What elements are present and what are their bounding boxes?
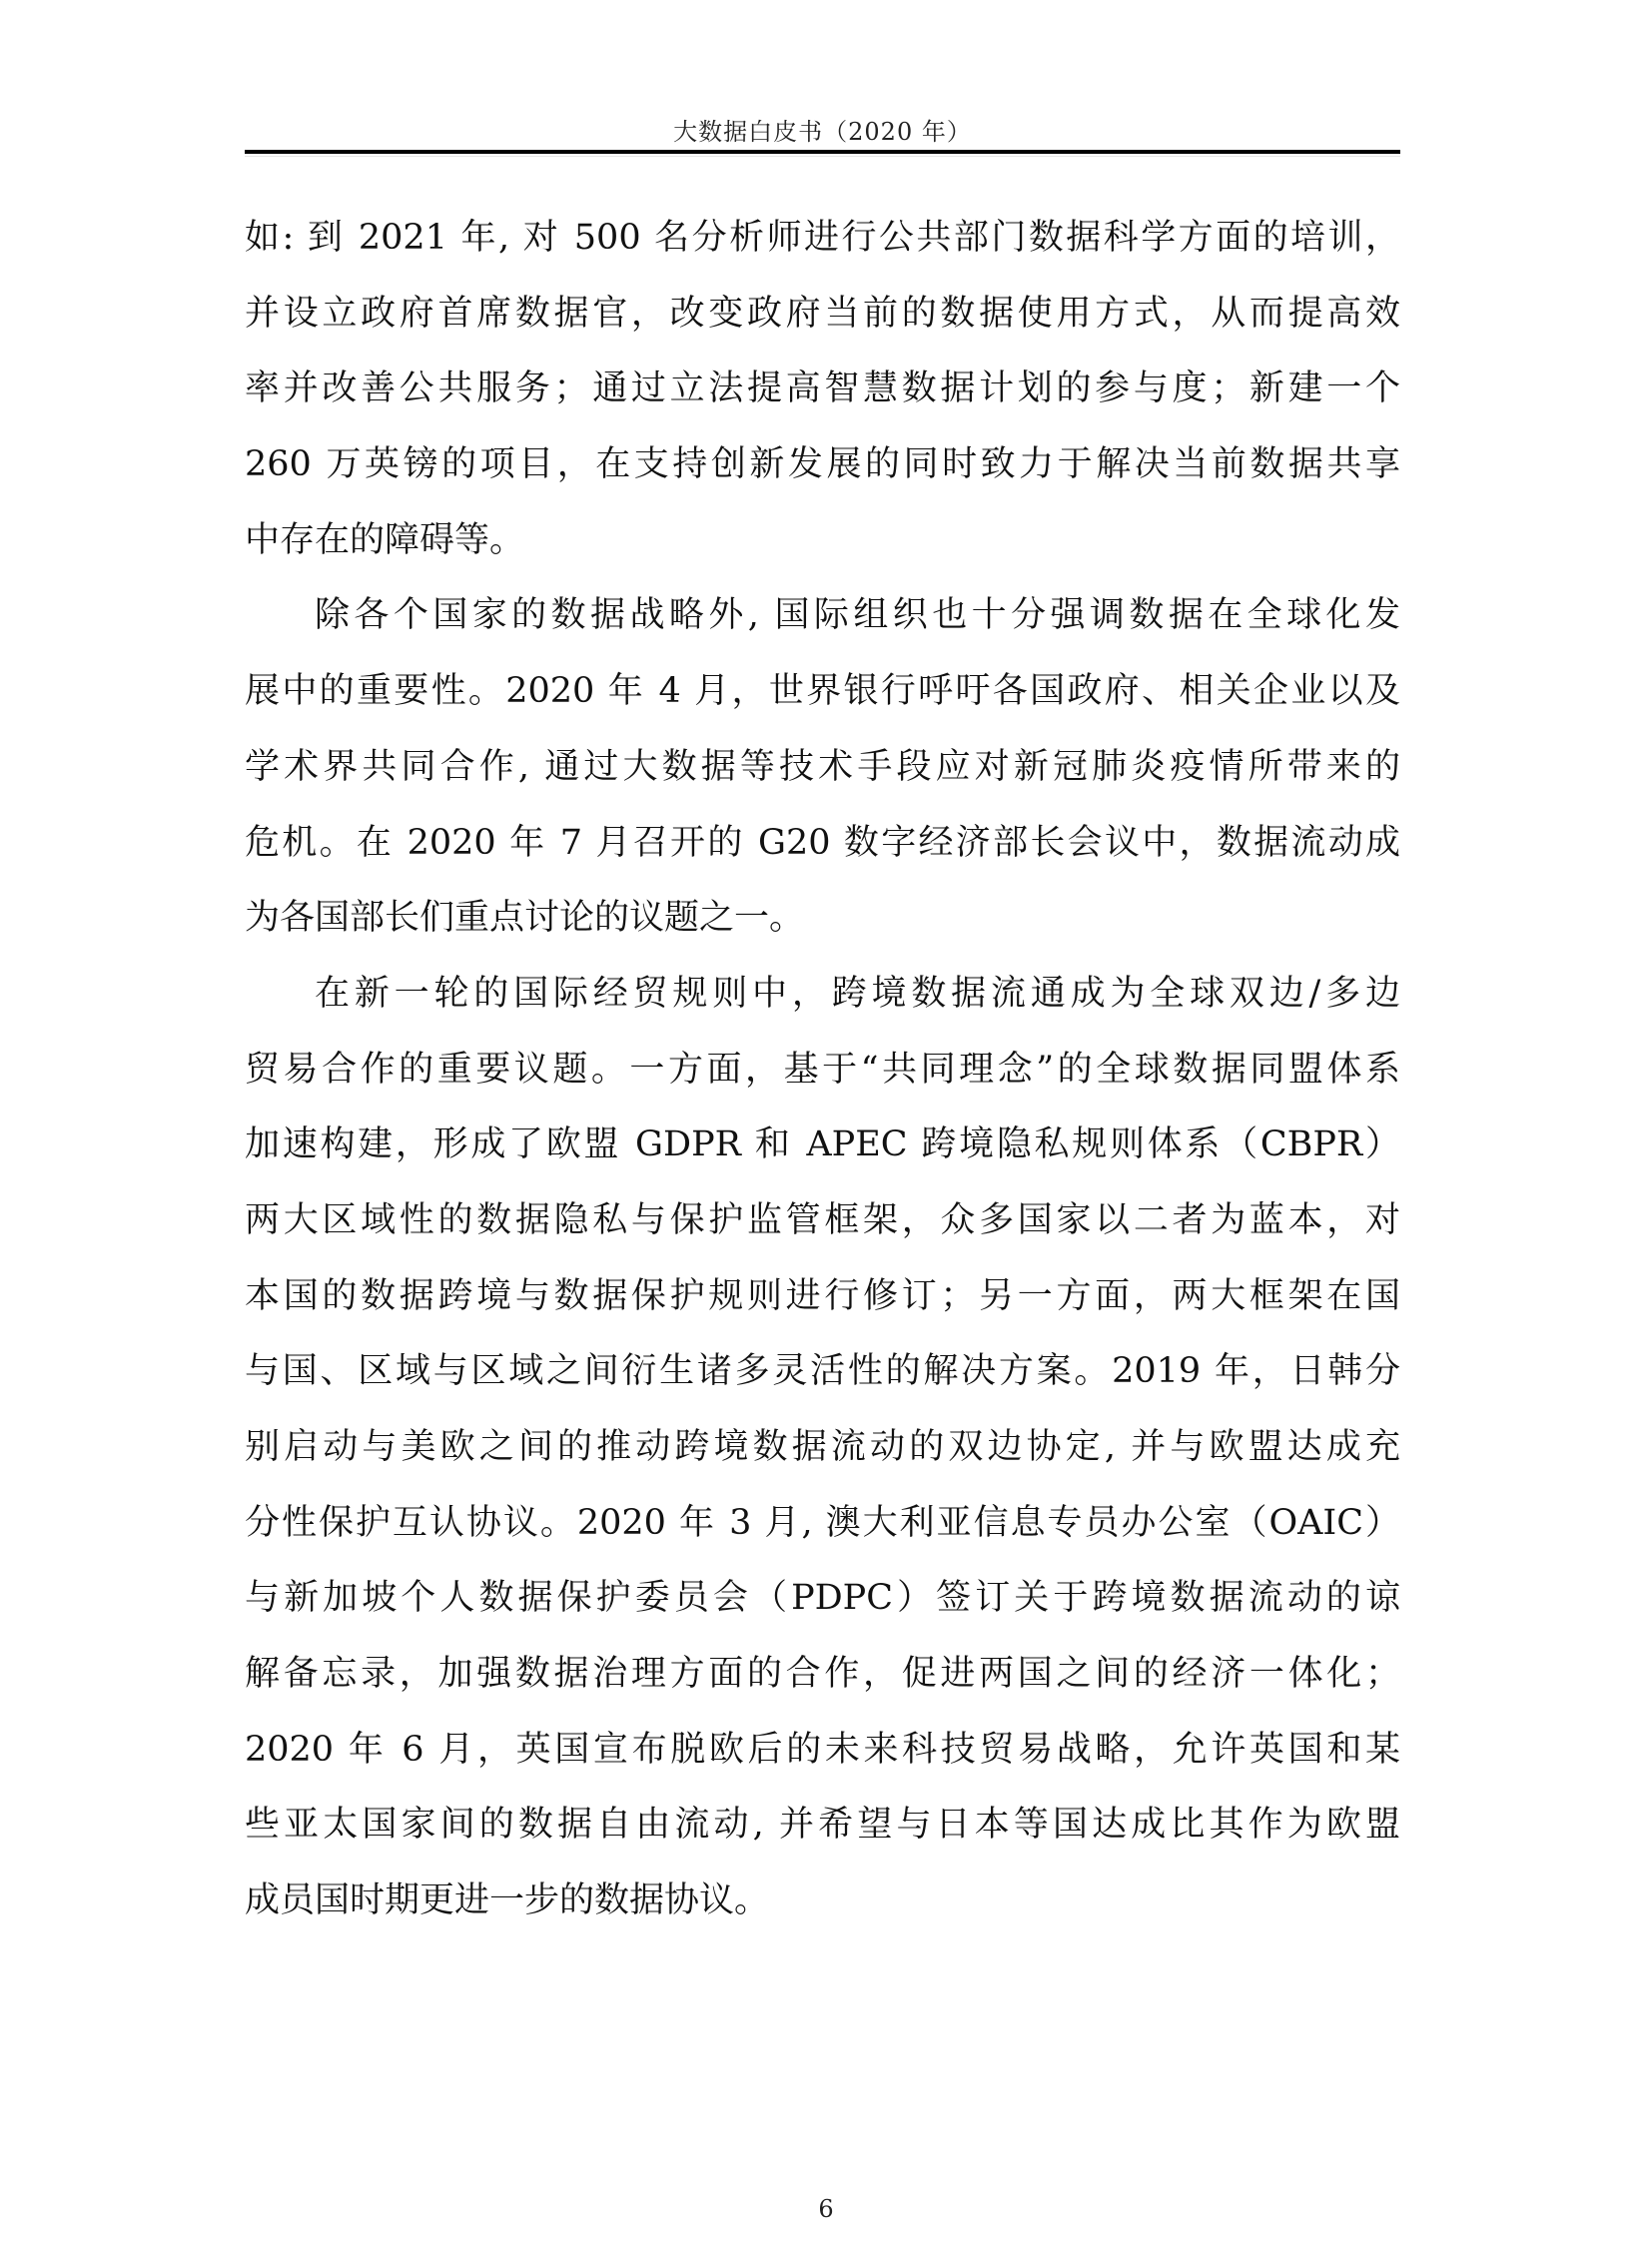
text-line: 率并改善公共服务；通过立法提高智慧数据计划的参与度；新建一个	[245, 359, 1400, 434]
text-line: 成员国时期更进一步的数据协议。	[245, 1870, 1400, 1946]
text-line: 为各国部长们重点讨论的议题之一。	[245, 888, 1400, 964]
page-number: 6	[0, 2195, 1652, 2223]
running-header: 大数据白皮书（2020 年）	[245, 112, 1400, 147]
header-rule	[245, 150, 1400, 154]
text-line: 贸易合作的重要议题。一方面，基于“共同理念”的全球数据同盟体系	[245, 1040, 1400, 1116]
text-line: 解备忘录，加强数据治理方面的合作，促进两国之间的经济一体化；	[245, 1644, 1400, 1720]
text-line: 本国的数据跨境与数据保护规则进行修订；另一方面，两大框架在国	[245, 1266, 1400, 1342]
text-line: 除各个国家的数据战略外, 国际组织也十分强调数据在全球化发	[245, 585, 1400, 661]
text-line: 2020 年 6 月，英国宣布脱欧后的未来科技贸易战略，允许英国和某	[245, 1720, 1400, 1796]
text-line: 别启动与美欧之间的推动跨境数据流动的双边协定, 并与欧盟达成充	[245, 1417, 1400, 1493]
text-line: 与国、区域与区域之间衍生诸多灵活性的解决方案。2019 年，日韩分	[245, 1341, 1400, 1417]
text-line: 危机。在 2020 年 7 月召开的 G20 数字经济部长会议中，数据流动成	[245, 813, 1400, 889]
text-line: 与新加坡个人数据保护委员会（PDPC）签订关于跨境数据流动的谅	[245, 1568, 1400, 1644]
text-line: 两大区域性的数据隐私与保护监管框架，众多国家以二者为蓝本，对	[245, 1190, 1400, 1266]
text-line: 并设立政府首席数据官，改变政府当前的数据使用方式，从而提高效	[245, 284, 1400, 360]
text-line: 260 万英镑的项目，在支持创新发展的同时致力于解决当前数据共享	[245, 434, 1400, 510]
text-line: 些亚太国家间的数据自由流动, 并希望与日本等国达成比其作为欧盟	[245, 1795, 1400, 1870]
document-body: 如: 到 2021 年, 对 500 名分析师进行公共部门数据科学方面的培训， …	[245, 208, 1400, 1946]
text-line: 学术界共同合作, 通过大数据等技术手段应对新冠肺炎疫情所带来的	[245, 737, 1400, 813]
paragraph-2: 除各个国家的数据战略外, 国际组织也十分强调数据在全球化发 展中的重要性。202…	[245, 585, 1400, 963]
header-rule-shadow	[245, 156, 1400, 157]
text-line: 中存在的障碍等。	[245, 510, 1400, 586]
paragraph-3: 在新一轮的国际经贸规则中，跨境数据流通成为全球双边/多边 贸易合作的重要议题。一…	[245, 964, 1400, 1946]
paragraph-1: 如: 到 2021 年, 对 500 名分析师进行公共部门数据科学方面的培训， …	[245, 208, 1400, 585]
text-line: 如: 到 2021 年, 对 500 名分析师进行公共部门数据科学方面的培训，	[245, 208, 1400, 284]
text-line: 在新一轮的国际经贸规则中，跨境数据流通成为全球双边/多边	[245, 964, 1400, 1040]
text-line: 加速构建，形成了欧盟 GDPR 和 APEC 跨境隐私规则体系（CBPR）	[245, 1115, 1400, 1190]
text-line: 展中的重要性。2020 年 4 月，世界银行呼吁各国政府、相关企业以及	[245, 661, 1400, 737]
text-line: 分性保护互认协议。2020 年 3 月, 澳大利亚信息专员办公室（OAIC）	[245, 1493, 1400, 1569]
